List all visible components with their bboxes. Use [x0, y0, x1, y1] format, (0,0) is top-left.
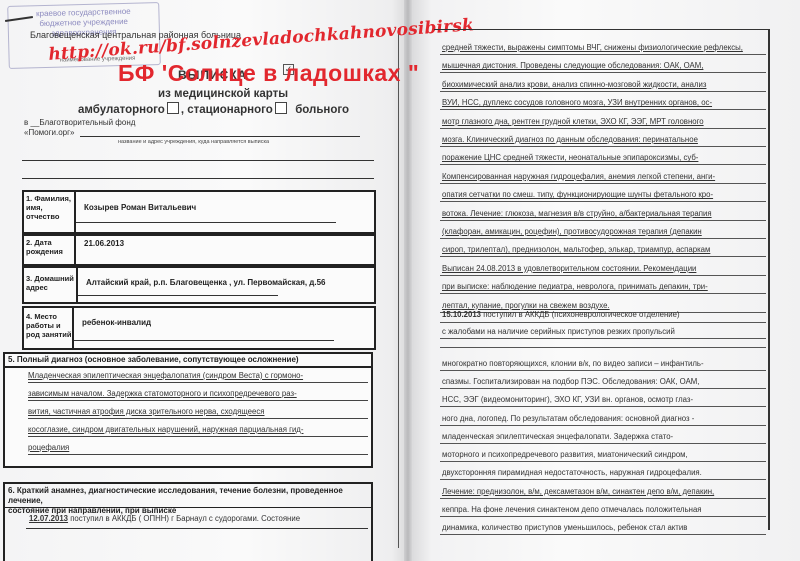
watermark-title: БФ 'Солнце в ладошках " [118, 60, 419, 87]
anamnesis-line: лептал, купание, прогулки на свежем возд… [442, 301, 610, 310]
anamnesis-line: мышечная дистония. Проведены следующие о… [442, 61, 703, 70]
anamnesis-line: сироп, трилептал), преднизолон, мальтофе… [442, 245, 710, 254]
diagnosis-line: Младенческая эпилептическая энцефалопати… [28, 371, 303, 380]
inpatient-label: , стационарного [181, 104, 273, 116]
diagnosis-heading: 5. Полный диагноз (основное заболевание,… [8, 355, 299, 364]
field-value: Козырев Роман Витальевич [84, 203, 196, 212]
field-label: 2. Датарождения [26, 238, 63, 256]
field-home-address: 3. Домашнийадрес Алтайский край, р.п. Бл… [22, 266, 376, 304]
anamnesis-line: НСС, ЭЭГ (видеомониторинг), ЭХО КГ, УЗИ … [442, 395, 693, 404]
patient-type-line: амбулаторного, стационарного больного [78, 102, 349, 116]
anamnesis-line: опатия сетчатки по смеш. типу, функциони… [442, 190, 713, 199]
anamnesis-line: Компенсированная наружная гидроцефалия, … [442, 172, 715, 181]
diagnosis-line: косоглазие, синдром двигательных нарушен… [28, 425, 303, 434]
blank-line [22, 178, 374, 179]
inpatient-checkbox[interactable] [275, 102, 287, 114]
document-subtitle: из медицинской карты [158, 88, 288, 100]
anamnesis-line: вотока. Лечение: глюкоза, магнезия в/в с… [442, 209, 712, 218]
diagnosis-line: вития, частичная атрофия диска зрительно… [28, 407, 264, 416]
anamnesis-line: ВУИ, НСС, дуплекс сосудов головного мозг… [442, 98, 712, 107]
field-occupation: 4. Местоработы ирод занятий ребенок-инва… [22, 306, 376, 350]
anamnesis-line: младенческая эпилептическая энцефалопати… [442, 432, 673, 441]
anamnesis-line: мозга. Клинический диагноз по данным обс… [442, 135, 698, 144]
anamnesis-line: биохимический анализ крови, анализ спинн… [442, 80, 706, 89]
recipient-block: в __Благотворительный фонд «Помоги.орг» [24, 118, 135, 138]
field-label: 3. Домашнийадрес [26, 274, 74, 292]
anamnesis-section: 6. Краткий анамнез, диагностические иссл… [3, 482, 373, 561]
diagnosis-line: роцефалия [28, 443, 69, 452]
field-full-name: 1. Фамилия,имя,отчество Козырев Роман Ви… [22, 190, 376, 234]
anamnesis-heading: 6. Краткий анамнез, диагностические иссл… [8, 486, 371, 516]
anamnesis-line: (клафоран, амикацин, роцефин), противосу… [442, 227, 702, 236]
anamnesis-line: с жалобами на наличие серийных приступов… [442, 327, 675, 336]
anamnesis-line: поражение ЦНС средней тяжести, неонаталь… [442, 153, 698, 162]
anamnesis-line: двухсторонняя пирамидная недостаточность… [442, 468, 702, 477]
anamnesis-line: спазмы. Госпитализирован на подбор ПЭС. … [442, 377, 699, 386]
anamnesis-first-line: 12.07.2013 поступил в АККДБ ( ОПНН) г Ба… [29, 514, 300, 523]
anamnesis-line: Лечение: преднизолон, в/м, дексаметазон … [442, 487, 714, 496]
admission-date: 12.07.2013 [29, 514, 68, 523]
anamnesis-line: многократно повторяющихся, клонии в/к, п… [442, 359, 704, 368]
anamnesis-line: средней тяжести, выражены симптомы ВЧГ, … [442, 43, 743, 52]
field-label: 1. Фамилия,имя,отчество [26, 194, 71, 221]
patient-label: больного [295, 104, 349, 116]
recipient-prefix: в __Благотворительный фонд [24, 118, 135, 128]
field-birth-date: 2. Датарождения 21.06.2013 [22, 234, 376, 266]
anamnesis-line: динамика, количество приступов уменьшило… [442, 523, 687, 532]
field-value: ребенок-инвалид [82, 318, 151, 327]
field-value: 21.06.2013 [84, 239, 124, 248]
field-value: Алтайский край, р.п. Благовещенка , ул. … [86, 278, 326, 287]
recipient-caption: название и адрес учреждения, куда направ… [118, 139, 269, 145]
diagnosis-line: зависимым началом. Задержка статомоторно… [28, 389, 297, 398]
anamnesis-line: моторного и психопредречевого развития, … [442, 450, 688, 459]
blank-line [22, 160, 374, 161]
left-margin-line [398, 28, 399, 548]
anamnesis-second-admission: 15.10.2013 поступил в АККДБ (психоневрол… [442, 310, 680, 319]
anamnesis-line: при выписке: наблюдение педиатра, неврол… [442, 282, 708, 291]
anamnesis-line: кеппра. На фоне лечения синактеном депо … [442, 505, 702, 514]
recipient-underline [80, 136, 360, 137]
anamnesis-line: ного дна, логопед. По результатам обслед… [442, 414, 694, 423]
anamnesis-line: мотр глазного дна, рентген грудной клетк… [442, 117, 704, 126]
field-label: 4. Местоработы ирод занятий [26, 312, 72, 339]
outpatient-checkbox[interactable] [167, 102, 179, 114]
anamnesis-line: Выписан 24.08.2013 в удовлетворительном … [442, 264, 696, 273]
outpatient-label: амбулаторного [78, 104, 165, 116]
